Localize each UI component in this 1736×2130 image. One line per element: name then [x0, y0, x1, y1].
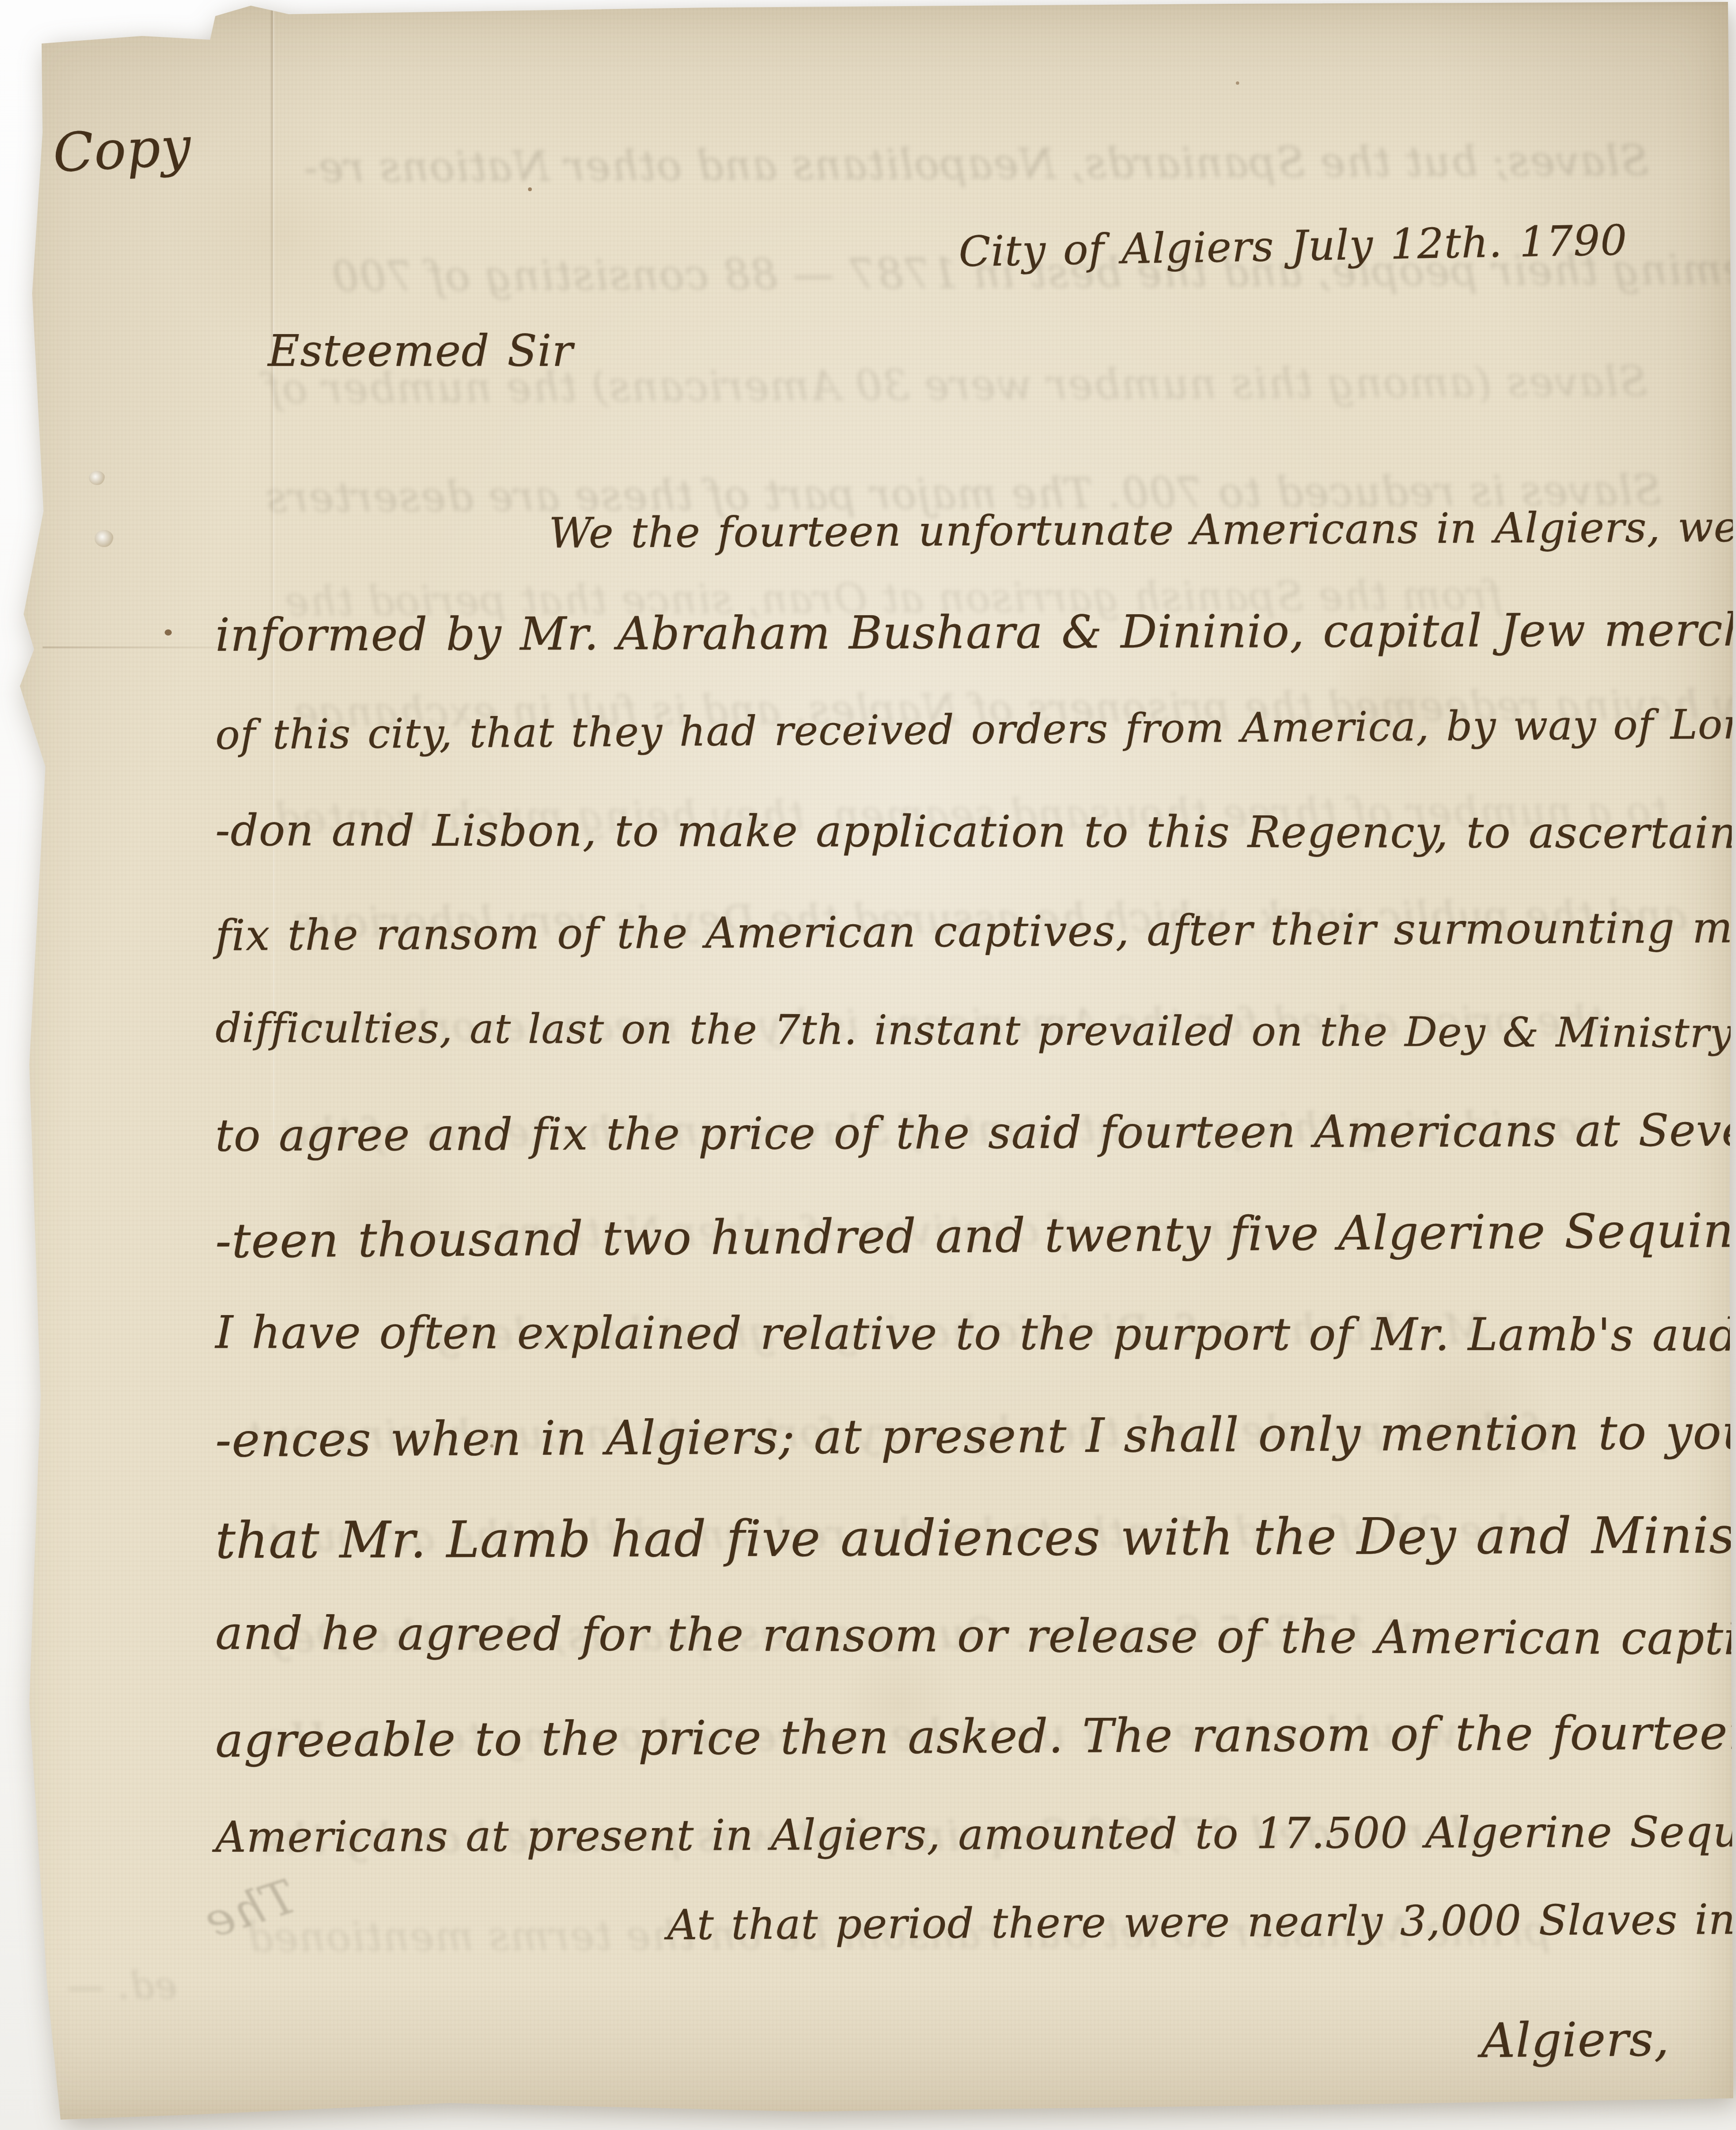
ink-speck	[165, 629, 172, 636]
copy-annotation: Copy	[52, 115, 193, 184]
letter-line: I have often explained relative to the p…	[215, 1307, 1736, 1361]
letter-line: to agree and fix the price of the said f…	[215, 1105, 1736, 1162]
letter-line: -don and Lisbon, to make application to …	[215, 805, 1736, 858]
paper-shadow: Copy City of Algiers July 12th. 1790 Est…	[0, 0, 1736, 2130]
letter-line: that Mr. Lamb had five audiences with th…	[215, 1506, 1736, 1570]
ink-speck	[528, 187, 532, 191]
letter-line: -ences when in Algiers; at present I sha…	[215, 1404, 1736, 1467]
letter-line: Americans at present in Algiers, amounte…	[215, 1807, 1736, 1862]
letter-line: At that period there were nearly 3,000 S…	[667, 1895, 1736, 1949]
paper-sheet: Copy City of Algiers July 12th. 1790 Est…	[0, 0, 1736, 2130]
bleedthrough-line: Slaves; but the Spaniards, Neapolitans a…	[303, 136, 1649, 192]
salutation: Esteemed Sir	[268, 326, 573, 376]
letter-line: agreeable to the price then asked. The r…	[215, 1705, 1736, 1768]
bleedthrough-line: ed. —	[66, 1964, 177, 2007]
ink-speck	[1236, 81, 1239, 85]
paper-dimple	[89, 471, 105, 485]
letter-line: -teen thousand two hundred and twenty fi…	[215, 1202, 1736, 1269]
letter-line: We the fourteen unfortunate Americans in…	[549, 502, 1736, 557]
catchword: Algiers,	[1480, 2011, 1669, 2068]
paper-dimple	[95, 530, 114, 547]
letter-line: informed by Mr. Abraham Bushara & Dinini…	[215, 603, 1736, 662]
letter-line: and he agreed for the ransom or release …	[215, 1606, 1736, 1665]
vertical-fold-crease	[271, 0, 273, 1136]
scanned-letter-page: Copy City of Algiers July 12th. 1790 Est…	[0, 0, 1736, 2130]
letter-line: fix the ransom of the American captives,…	[215, 902, 1736, 961]
letter-line: difficulties, at last on the 7th. instan…	[215, 1004, 1733, 1057]
